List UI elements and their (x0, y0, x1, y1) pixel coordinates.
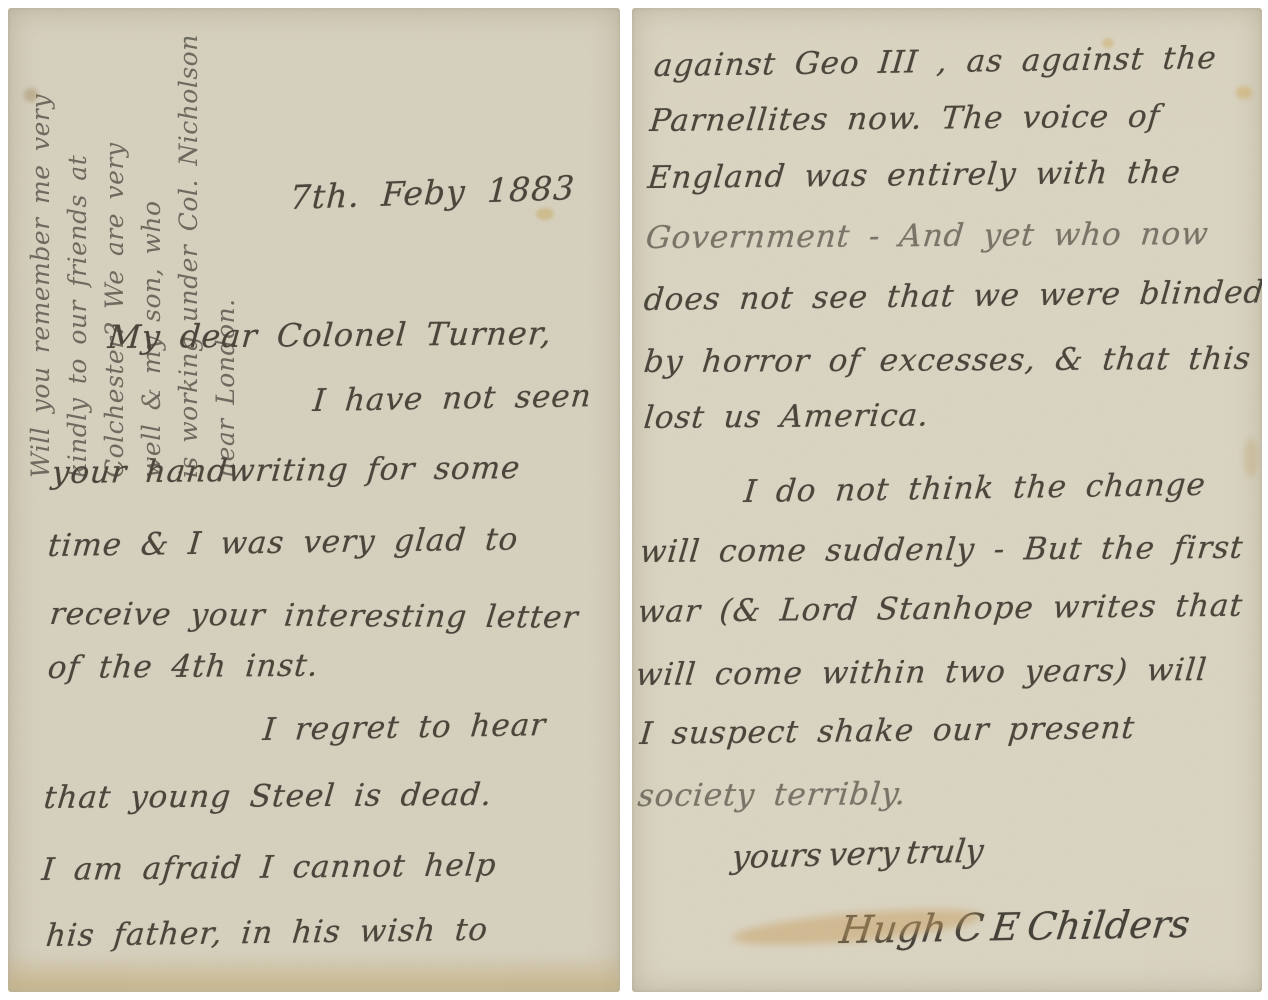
body-line: your handwriting for some (50, 450, 522, 491)
body-line: receive your interesting letter (48, 596, 580, 636)
body-line: war (& Lord Stanhope writes that one (636, 587, 1262, 630)
signature: Hugh C E Childers (837, 902, 1192, 952)
body-line: does not see that we were blinded (642, 274, 1262, 318)
stain (1236, 86, 1252, 99)
body-line: I do not think the change (742, 467, 1207, 510)
body-line: time & I was very glad to (46, 521, 520, 564)
margin-note-line: is working under Col. Nicholson (170, 42, 207, 478)
margin-note-line: Will you remember me very (22, 42, 59, 478)
body-line: that young Steel is dead. (42, 777, 494, 816)
body-line: lost us America. (642, 397, 931, 436)
body-line: I suspect shake our present (638, 710, 1136, 752)
margin-note: Will you remember me very kindly to our … (22, 42, 244, 478)
margin-note-line: Colchester? We are very (96, 42, 133, 478)
body-line: England was entirely with the (646, 154, 1182, 196)
salutation: My dear Colonel Turner, (107, 314, 554, 356)
body-line: will come within two years) will (634, 652, 1209, 693)
body-line: I am afraid I cannot help (40, 847, 498, 888)
body-line: I have not seen (311, 378, 593, 419)
letter-page-right: against Geo III , as against the Parnell… (632, 8, 1262, 992)
body-line: Government - And yet who now (644, 216, 1210, 256)
letter-scan: Will you remember me very kindly to our … (0, 0, 1268, 1000)
body-line: against Geo III , as against the (652, 40, 1218, 84)
stain (536, 208, 554, 220)
stain (8, 952, 620, 992)
letter-page-left: Will you remember me very kindly to our … (8, 8, 620, 992)
body-line: his father, in his wish to (44, 912, 489, 954)
margin-note-line: kindly to our friends at (59, 42, 96, 478)
body-line: Parnellites now. The voice of (648, 99, 1162, 139)
date-line: 7th. Feby 1883 (289, 168, 576, 217)
body-line: by horror of excesses, & that this (642, 341, 1253, 380)
body-line: society terribly. (636, 776, 908, 814)
closing: yours very truly (730, 831, 986, 876)
margin-note-line: well & my son, who (133, 42, 170, 478)
body-line: of the 4th inst. (46, 648, 320, 686)
body-line: will come suddenly - But the first (638, 530, 1245, 570)
body-line: I regret to hear (261, 707, 547, 748)
margin-note-line: near London. (207, 42, 244, 478)
stain (1244, 438, 1258, 478)
